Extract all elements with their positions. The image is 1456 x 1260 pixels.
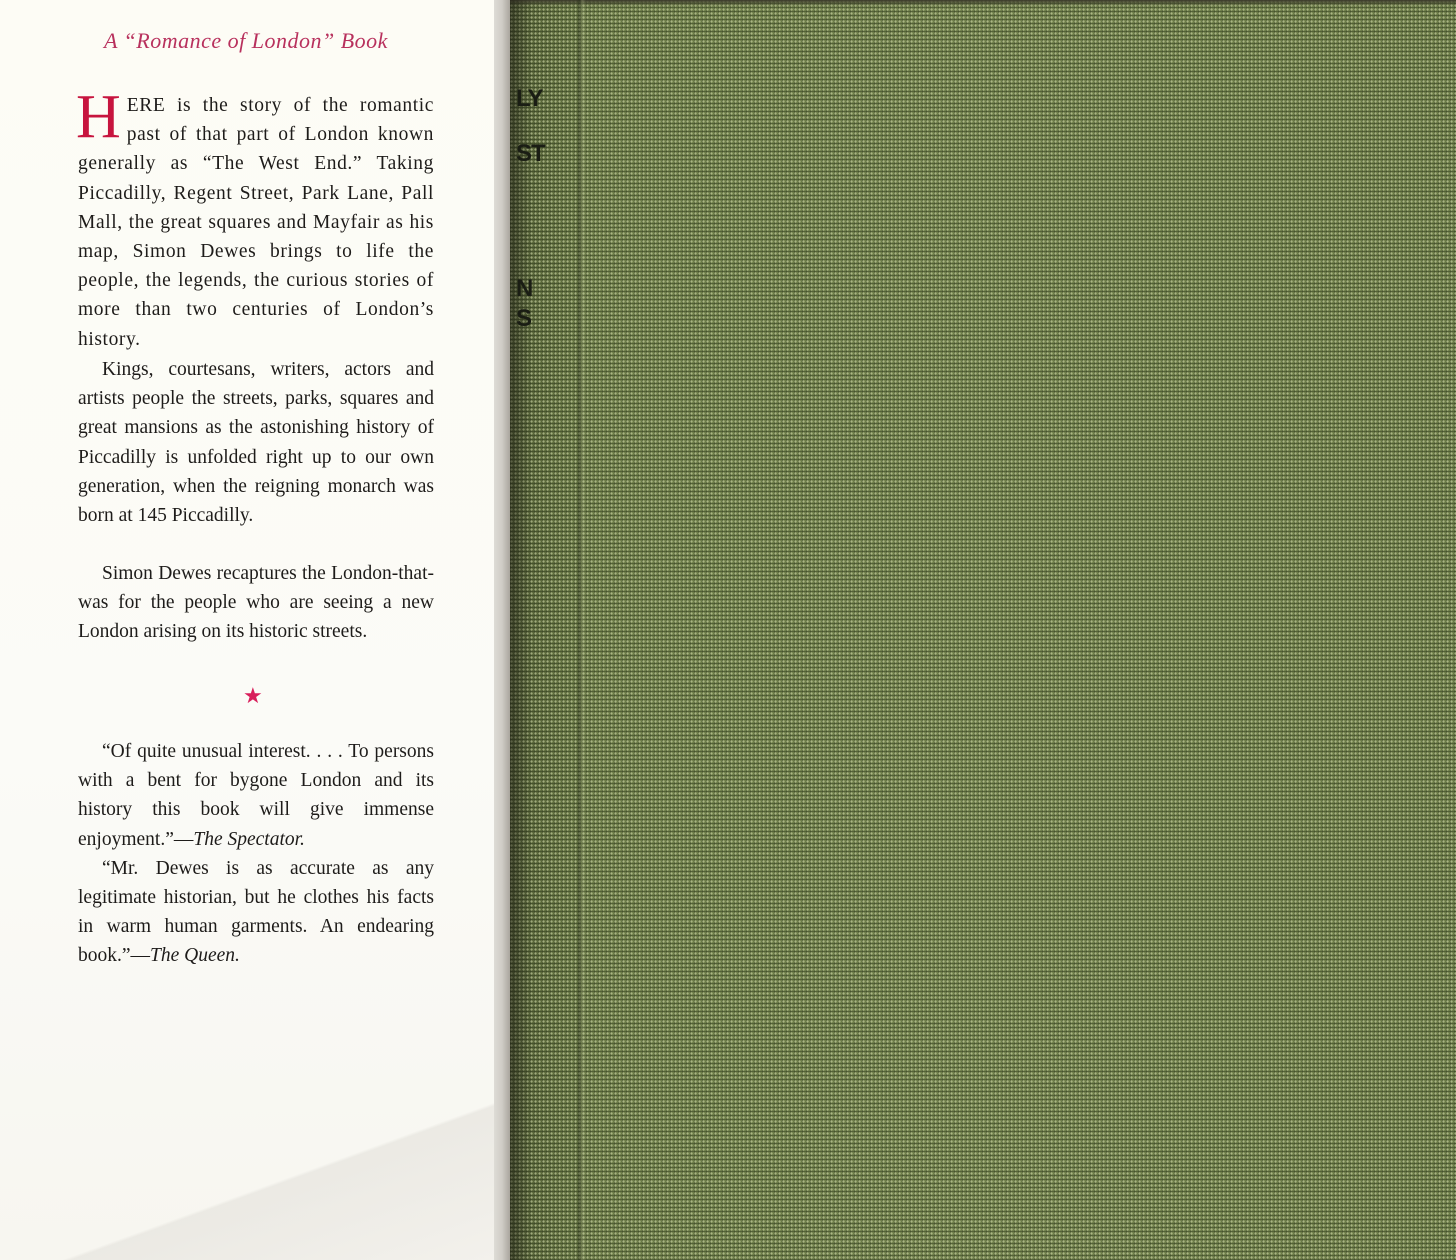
spine-author-fragment-2: S [516, 305, 540, 333]
review-quotes: “Of quite unusual interest. . . . To per… [78, 737, 434, 971]
blurb-paragraph-2-text: Kings, courtesans, writers, actors and a… [78, 355, 434, 530]
cover-hinge [576, 0, 586, 1260]
review-quote-1: “Of quite unusual interest. . . . To per… [78, 737, 434, 854]
blurb-paragraph-2: Kings, courtesans, writers, actors and a… [78, 355, 434, 530]
blurb-paragraph-3: Simon Dewes recaptures the London-that-w… [78, 559, 434, 647]
spine-title-fragment-2: ST [516, 140, 540, 168]
blurb-paragraph-1: HERE is the story of the romantic past o… [78, 91, 434, 354]
spine-title-fragment-1: LY [516, 85, 540, 113]
review-quote-1-source: The Spectator. [193, 829, 305, 850]
spine-author-fragment-1: N [516, 275, 540, 303]
spine-shadow [510, 0, 532, 1260]
flap-page-edge [494, 0, 510, 1260]
drop-cap: H [76, 93, 121, 141]
star-ornament-icon: ★ [243, 683, 263, 709]
blurb-paragraph-1-text: ERE is the story of the romantic past of… [78, 95, 434, 350]
cover-top-edge [510, 0, 1456, 6]
review-quote-2-text: “Mr. Dewes is as accurate as any legitim… [78, 858, 434, 967]
dust-jacket-flap: A “Romance of London” Book HERE is the s… [0, 0, 494, 1260]
review-quote-2-source: The Queen. [150, 945, 240, 966]
flap-heading: A “Romance of London” Book [104, 28, 424, 54]
blurb-paragraph-3-text: Simon Dewes recaptures the London-that-w… [78, 559, 434, 647]
review-quote-2: “Mr. Dewes is as accurate as any legitim… [78, 854, 434, 971]
flap-fold-crease [0, 1090, 494, 1260]
green-cloth-cover [510, 0, 1456, 1260]
